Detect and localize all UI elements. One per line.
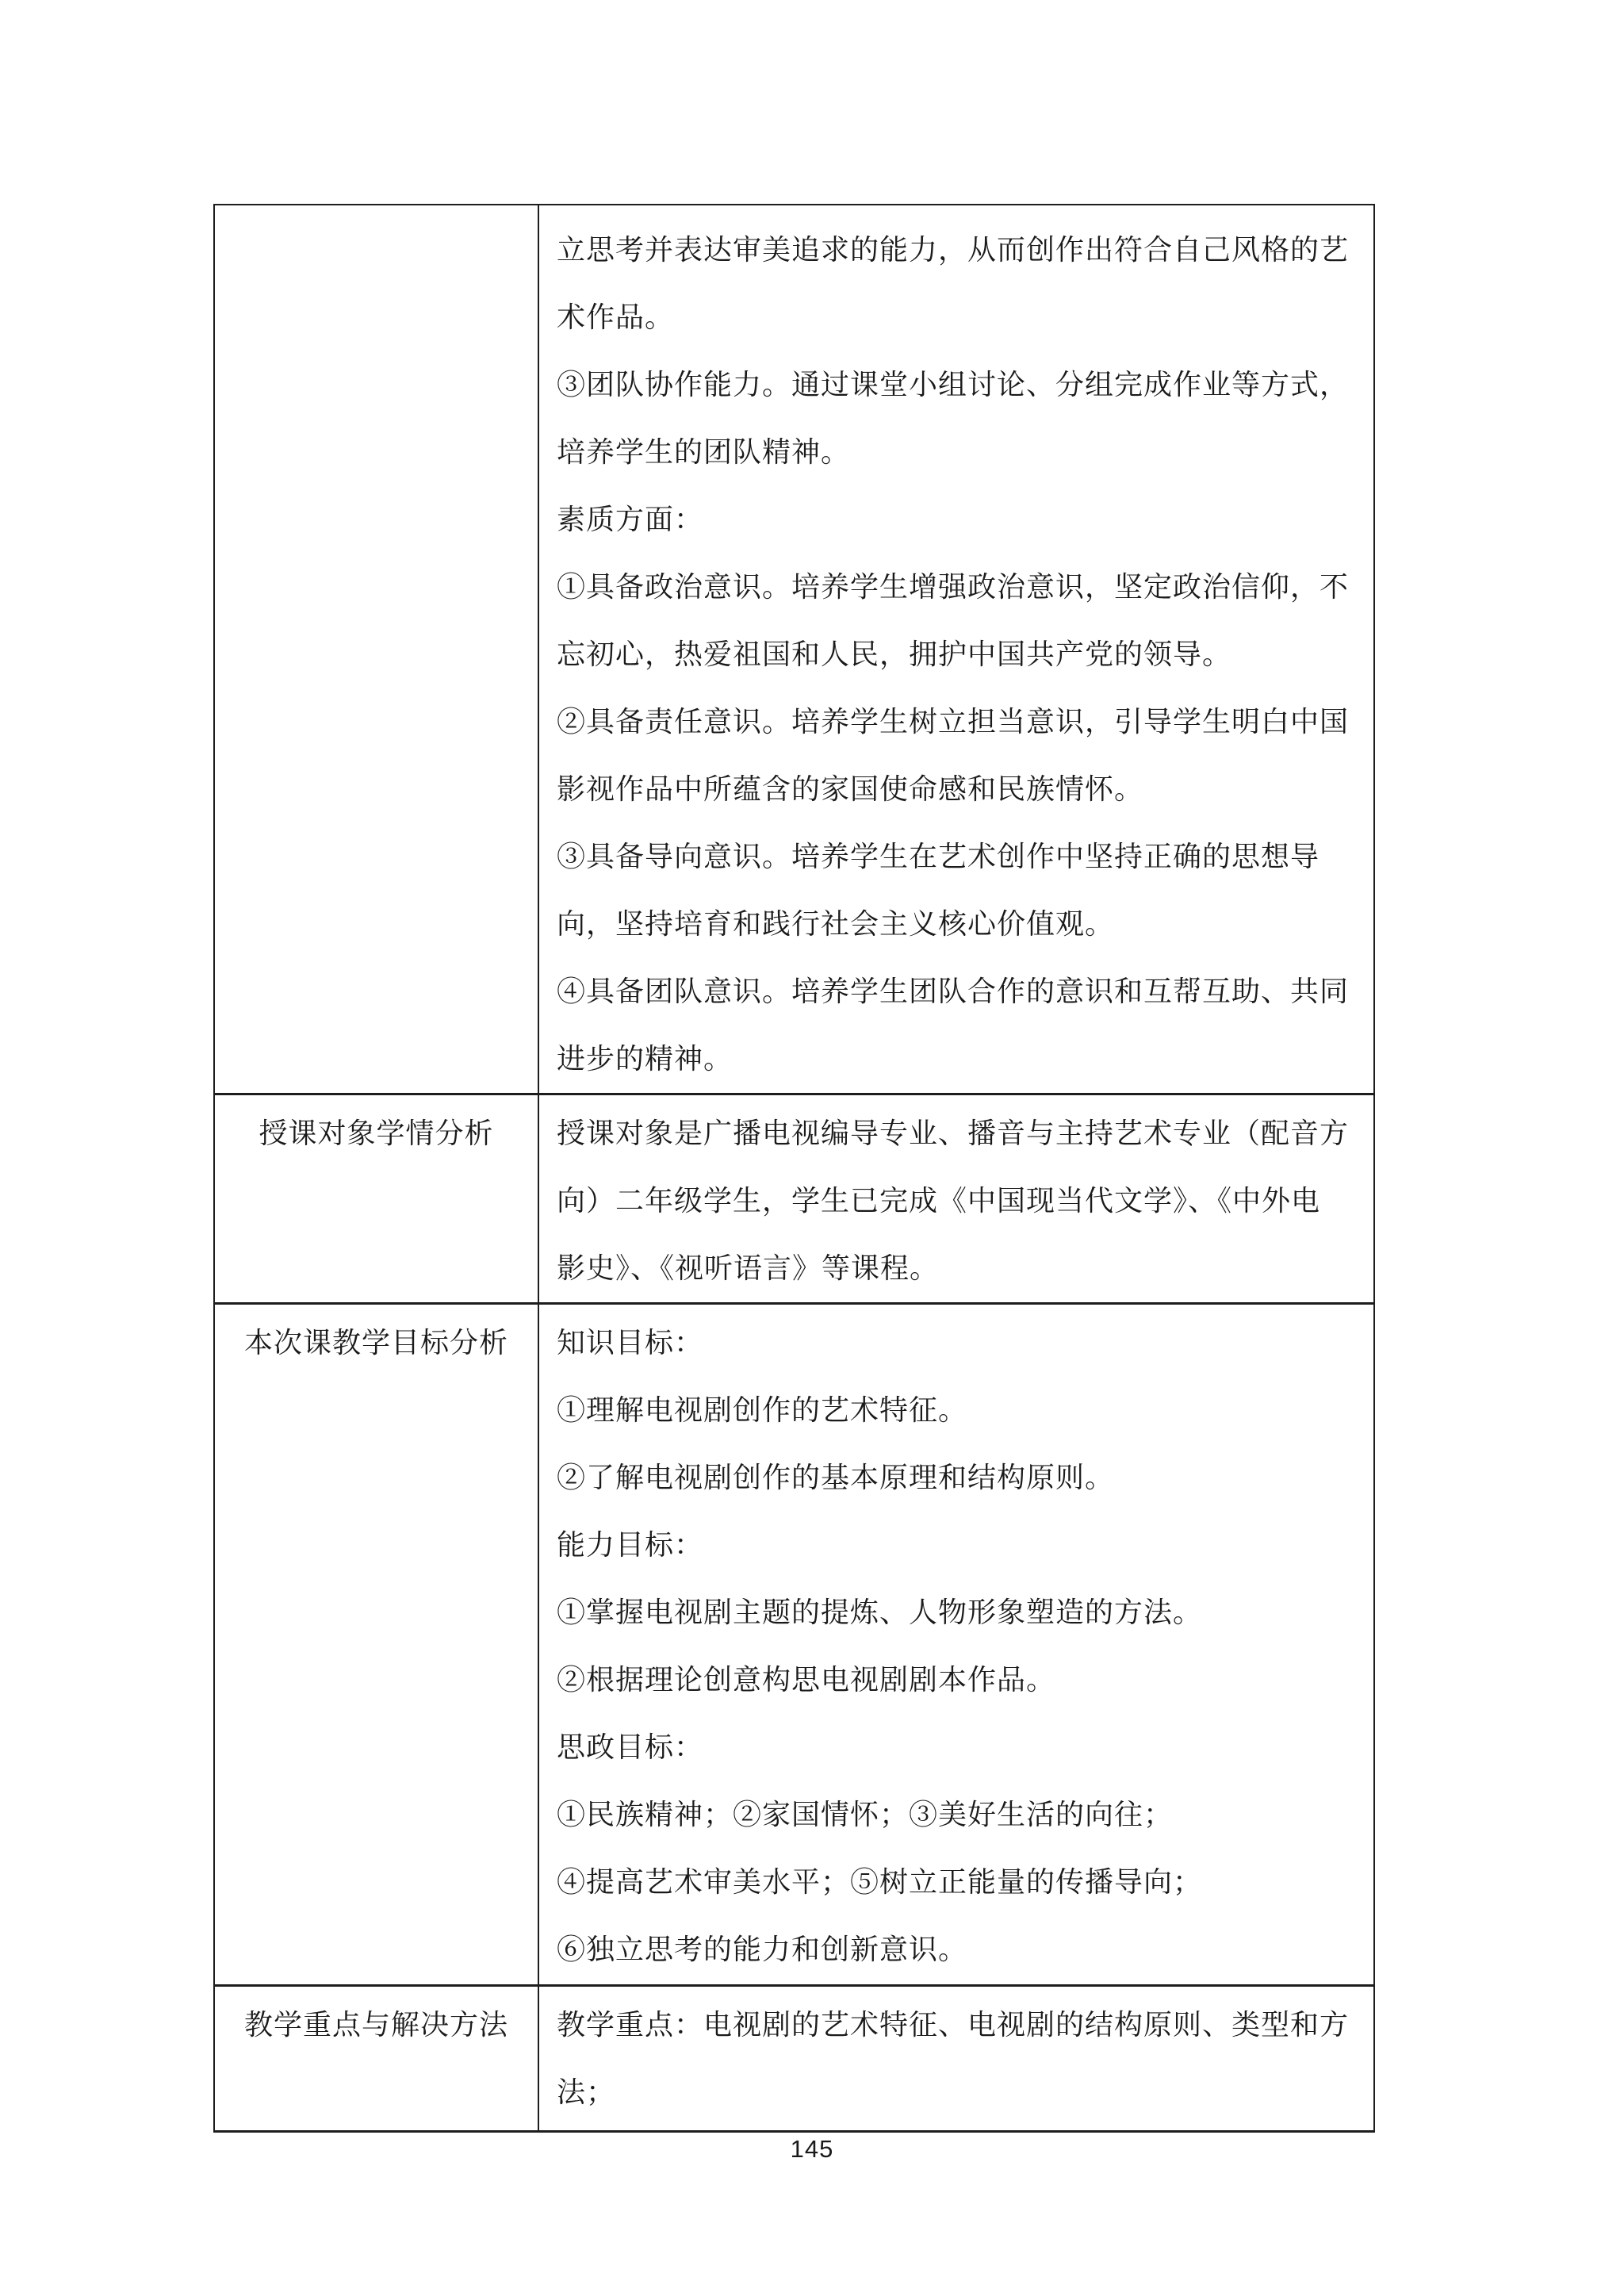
row-label-cell: 教学重点与解决方法 [214, 1986, 538, 2132]
row-label [215, 210, 538, 278]
document-page: 立思考并表达审美追求的能力，从而创作出符合自己风格的艺术作品。③团队协作能力。通… [0, 0, 1624, 2296]
table-row: 立思考并表达审美追求的能力，从而创作出符合自己风格的艺术作品。③团队协作能力。通… [214, 205, 1374, 1094]
text-line: 术作品。 [557, 284, 1358, 351]
text-line: ③具备导向意识。培养学生在艺术创作中坚持正确的思想导 [557, 823, 1358, 891]
text-line: 能力目标： [557, 1512, 1358, 1579]
row-label: 授课对象学情分析 [215, 1100, 538, 1167]
text-line: 进步的精神。 [557, 1025, 1358, 1093]
text-line: 教学重点：电视剧的艺术特征、电视剧的结构原则、类型和方 [557, 1991, 1358, 2059]
table-row: 教学重点与解决方法 教学重点：电视剧的艺术特征、电视剧的结构原则、类型和方法； [214, 1986, 1374, 2132]
row-label: 教学重点与解决方法 [215, 1991, 538, 2059]
text-line: ④提高艺术审美水平；⑤树立正能量的传播导向； [557, 1849, 1358, 1916]
text-line: 向）二年级学生，学生已完成《中国现当代文学》、《中外电 [557, 1167, 1358, 1235]
table-row: 本次课教学目标分析 知识目标：①理解电视剧创作的艺术特征。②了解电视剧创作的基本… [214, 1304, 1374, 1986]
row-label-cell: 本次课教学目标分析 [214, 1304, 538, 1986]
text-line: ①理解电视剧创作的艺术特征。 [557, 1377, 1358, 1444]
text-line: 影史》、《视听语言》等课程。 [557, 1235, 1358, 1302]
text-line: 授课对象是广播电视编导专业、播音与主持艺术专业（配音方 [557, 1100, 1358, 1167]
text-line: 向，坚持培育和践行社会主义核心价值观。 [557, 891, 1358, 958]
text-line: 影视作品中所蕴含的家国使命感和民族情怀。 [557, 756, 1358, 823]
text-line: ③团队协作能力。通过课堂小组讨论、分组完成作业等方式， [557, 351, 1358, 419]
row-content-cell: 知识目标：①理解电视剧创作的艺术特征。②了解电视剧创作的基本原理和结构原则。能力… [538, 1304, 1374, 1986]
row-content-cell: 立思考并表达审美追求的能力，从而创作出符合自己风格的艺术作品。③团队协作能力。通… [538, 205, 1374, 1094]
text-line: 忘初心，热爱祖国和人民，拥护中国共产党的领导。 [557, 621, 1358, 688]
row-content-cell: 授课对象是广播电视编导专业、播音与主持艺术专业（配音方向）二年级学生，学生已完成… [538, 1094, 1374, 1304]
row-label: 本次课教学目标分析 [215, 1309, 538, 1377]
text-line: ②了解电视剧创作的基本原理和结构原则。 [557, 1444, 1358, 1512]
text-line: 立思考并表达审美追求的能力，从而创作出符合自己风格的艺 [557, 217, 1358, 284]
table-row: 授课对象学情分析 授课对象是广播电视编导专业、播音与主持艺术专业（配音方向）二年… [214, 1094, 1374, 1304]
row-label-cell [214, 205, 538, 1094]
row-content: 教学重点：电视剧的艺术特征、电视剧的结构原则、类型和方法； [539, 1987, 1373, 2126]
text-line: 知识目标： [557, 1309, 1358, 1377]
row-content-cell: 教学重点：电视剧的艺术特征、电视剧的结构原则、类型和方法； [538, 1986, 1374, 2132]
text-line: ①具备政治意识。培养学生增强政治意识，坚定政治信仰，不 [557, 554, 1358, 621]
row-label-cell: 授课对象学情分析 [214, 1094, 538, 1304]
lesson-plan-table: 立思考并表达审美追求的能力，从而创作出符合自己风格的艺术作品。③团队协作能力。通… [213, 204, 1375, 2133]
text-line: ④具备团队意识。培养学生团队合作的意识和互帮互助、共同 [557, 958, 1358, 1025]
text-line: 思政目标： [557, 1714, 1358, 1781]
text-line: ②具备责任意识。培养学生树立担当意识，引导学生明白中国 [557, 688, 1358, 756]
page-number: 145 [0, 2135, 1624, 2164]
text-line: 素质方面： [557, 486, 1358, 554]
text-line: ①民族精神；②家国情怀；③美好生活的向往； [557, 1781, 1358, 1849]
text-line: 培养学生的团队精神。 [557, 419, 1358, 486]
row-content: 授课对象是广播电视编导专业、播音与主持艺术专业（配音方向）二年级学生，学生已完成… [539, 1095, 1373, 1302]
row-content: 知识目标：①理解电视剧创作的艺术特征。②了解电视剧创作的基本原理和结构原则。能力… [539, 1305, 1373, 1984]
text-line: ②根据理论创意构思电视剧剧本作品。 [557, 1646, 1358, 1714]
row-content: 立思考并表达审美追求的能力，从而创作出符合自己风格的艺术作品。③团队协作能力。通… [539, 205, 1373, 1093]
text-line: ⑥独立思考的能力和创新意识。 [557, 1916, 1358, 1984]
text-line: ①掌握电视剧主题的提炼、人物形象塑造的方法。 [557, 1579, 1358, 1646]
text-line: 法； [557, 2059, 1358, 2126]
